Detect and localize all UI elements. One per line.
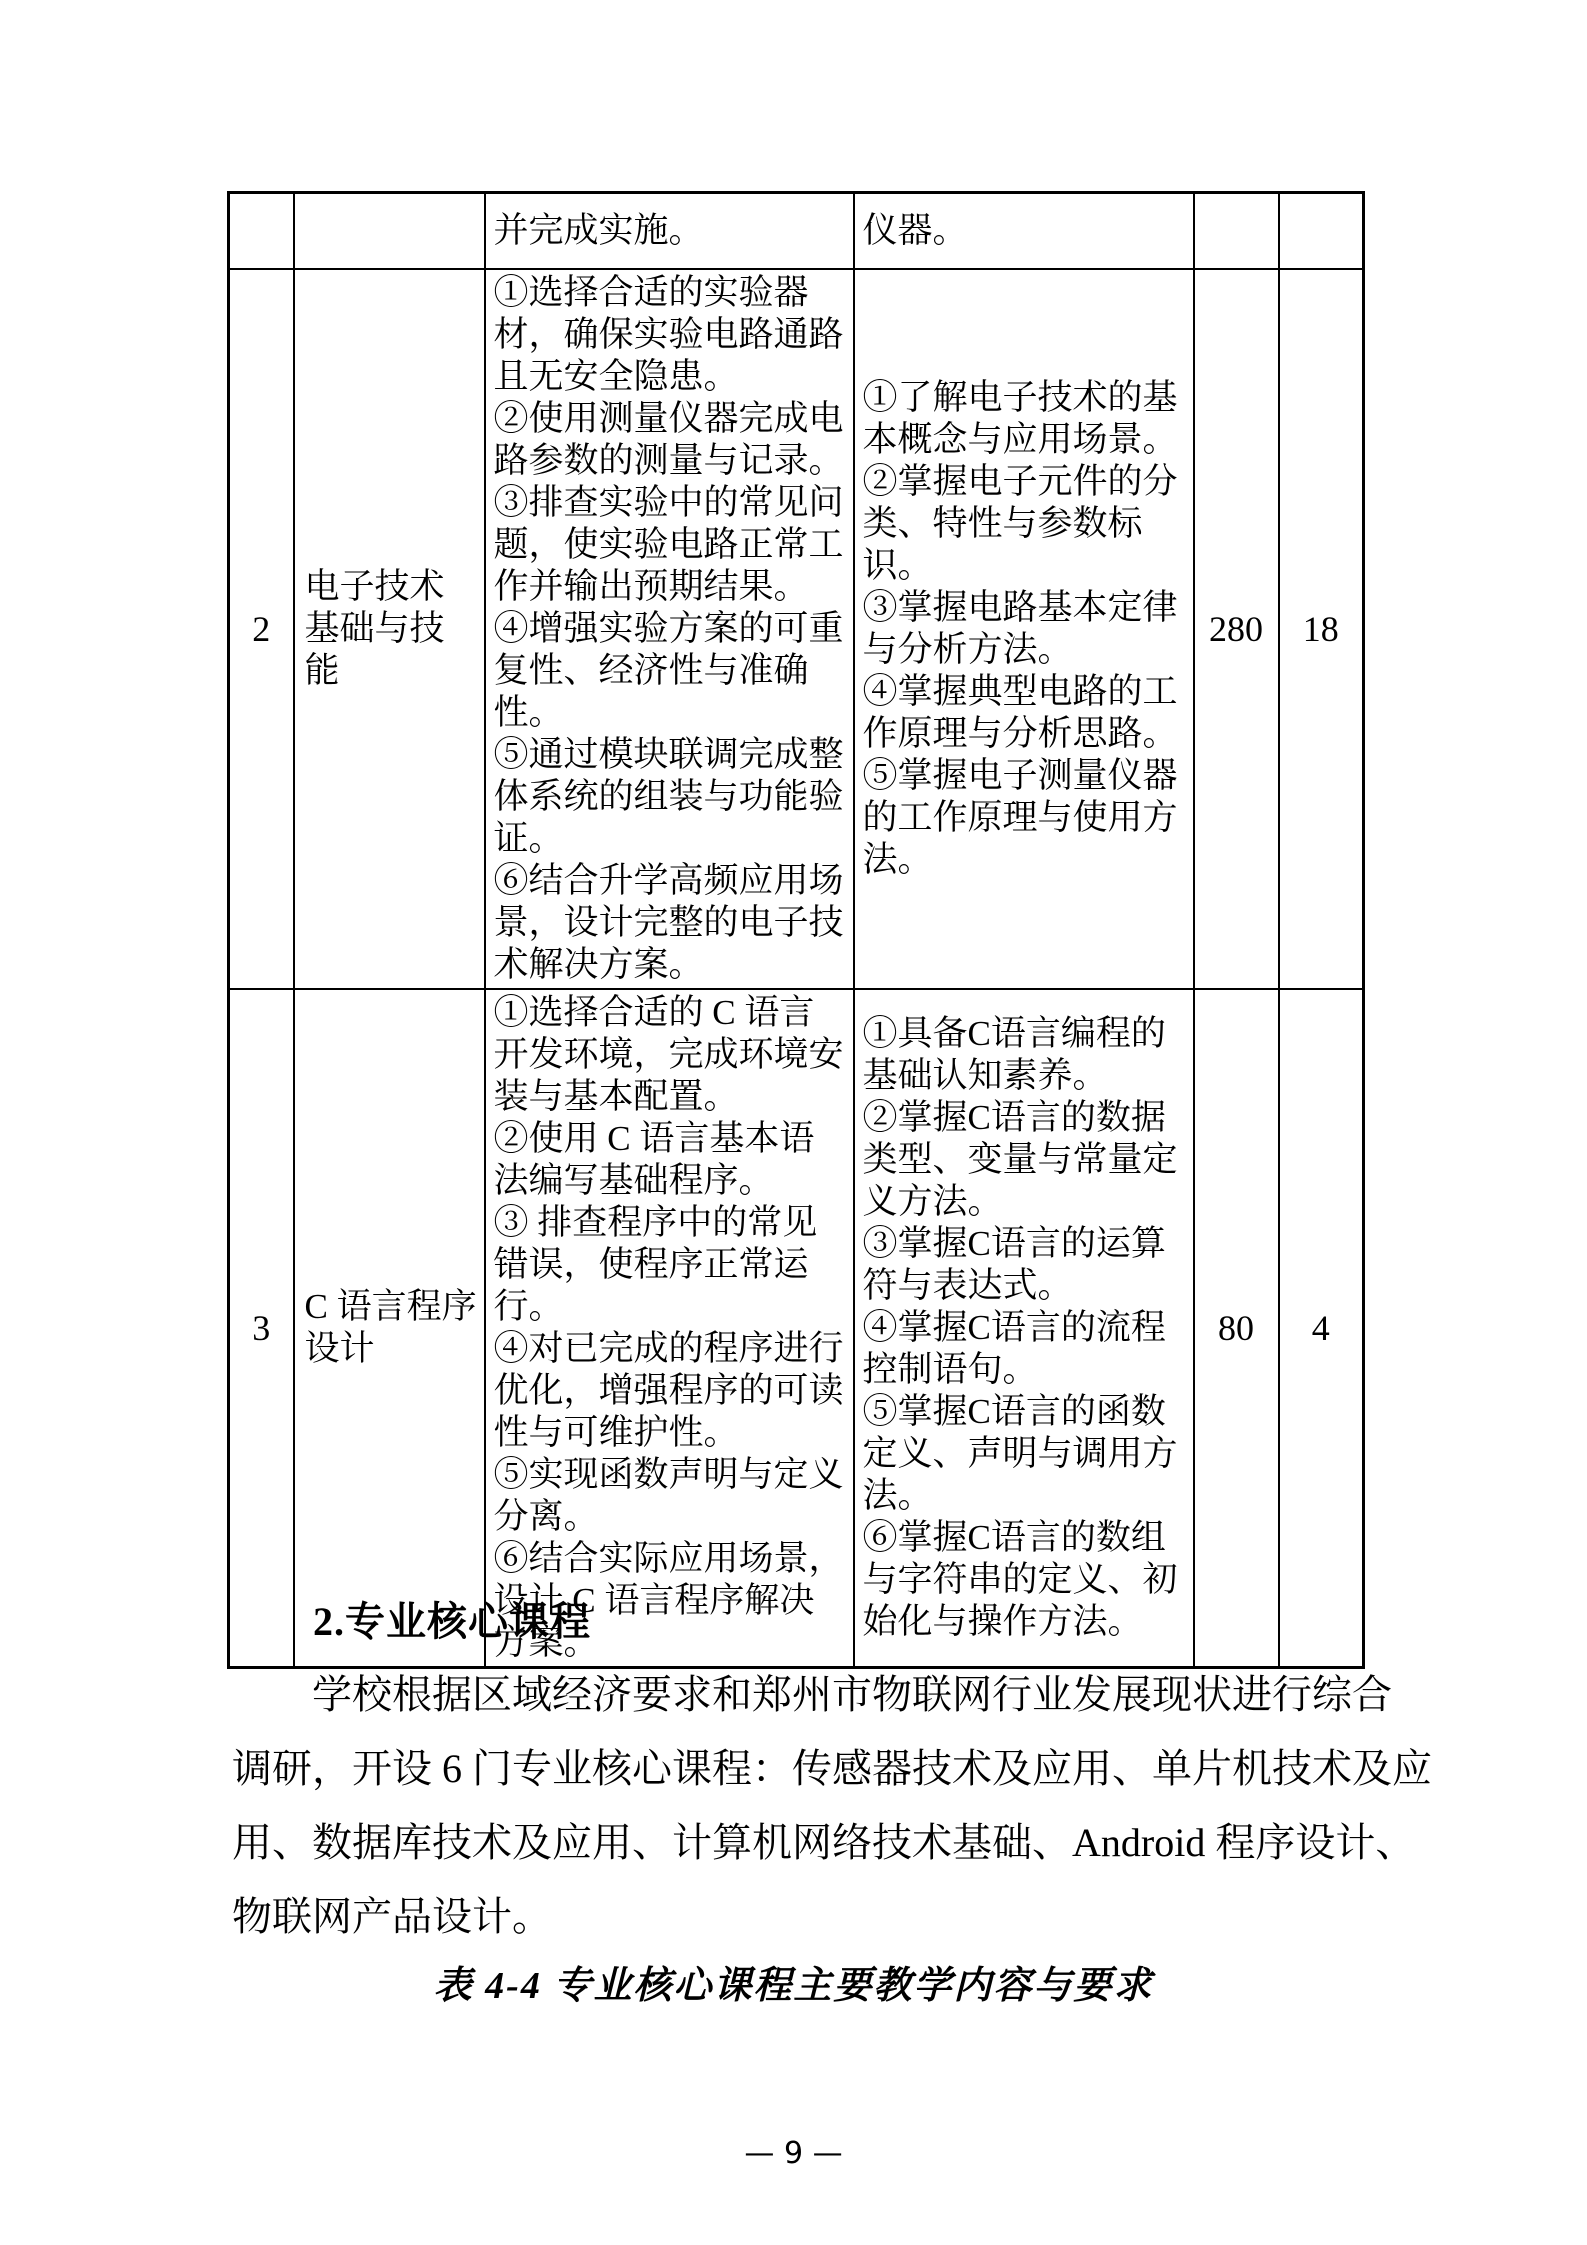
cell-row-number xyxy=(229,193,294,269)
cell-credits: 4 xyxy=(1279,989,1364,1668)
table-row-c-language: 3 C 语言程序设计 ①选择合适的 C 语言开发环境，完成环境安装与基本配置。 … xyxy=(229,989,1364,1668)
cell-requirements: ①了解电子技术的基本概念与应用场景。 ②掌握电子元件的分类、特性与参数标识。 ③… xyxy=(854,269,1194,989)
paragraph-line: 用、数据库技术及应用、计算机网络技术基础、Android 程序设计、 xyxy=(232,1806,1402,1880)
cell-requirements: 仪器。 xyxy=(854,193,1194,269)
section-heading: 2.专业核心课程 xyxy=(313,1598,591,1646)
cell-hours xyxy=(1194,193,1279,269)
body-paragraph: 学校根据区域经济要求和郑州市物联网行业发展现状进行综合 调研，开设 6 门专业核… xyxy=(232,1658,1402,1954)
table-caption: 表 4-4 专业核心课程主要教学内容与要求 xyxy=(0,1963,1587,2009)
paragraph-line: 学校根据区域经济要求和郑州市物联网行业发展现状进行综合 xyxy=(232,1658,1402,1732)
cell-hours: 280 xyxy=(1194,269,1279,989)
cell-course-name: C 语言程序设计 xyxy=(294,989,485,1668)
cell-credits: 18 xyxy=(1279,269,1364,989)
cell-tasks: 并完成实施。 xyxy=(485,193,854,269)
paragraph-line: 调研，开设 6 门专业核心课程：传感器技术及应用、单片机技术及应 xyxy=(232,1732,1402,1806)
paragraph-line: 物联网产品设计。 xyxy=(232,1880,1402,1954)
cell-row-number: 3 xyxy=(229,989,294,1668)
document-page: 并完成实施。 仪器。 2 电子技术基础与技能 ①选择合适的实验器材，确保实验电路… xyxy=(0,0,1587,2245)
cell-credits xyxy=(1279,193,1364,269)
cell-hours: 80 xyxy=(1194,989,1279,1668)
cell-tasks: ①选择合适的实验器材，确保实验电路通路且无安全隐患。 ②使用测量仪器完成电路参数… xyxy=(485,269,854,989)
cell-requirements: ①具备C语言编程的基础认知素养。 ②掌握C语言的数据类型、变量与常量定义方法。 … xyxy=(854,989,1194,1668)
table-row-electronics: 2 电子技术基础与技能 ①选择合适的实验器材，确保实验电路通路且无安全隐患。 ②… xyxy=(229,269,1364,989)
page-number: — 9 — xyxy=(0,2136,1587,2171)
cell-course-name xyxy=(294,193,485,269)
cell-course-name: 电子技术基础与技能 xyxy=(294,269,485,989)
course-table: 并完成实施。 仪器。 2 电子技术基础与技能 ①选择合适的实验器材，确保实验电路… xyxy=(227,191,1365,1669)
cell-row-number: 2 xyxy=(229,269,294,989)
cell-tasks: ①选择合适的 C 语言开发环境，完成环境安装与基本配置。 ②使用 C 语言基本语… xyxy=(485,989,854,1668)
table-row-continuation: 并完成实施。 仪器。 xyxy=(229,193,1364,269)
